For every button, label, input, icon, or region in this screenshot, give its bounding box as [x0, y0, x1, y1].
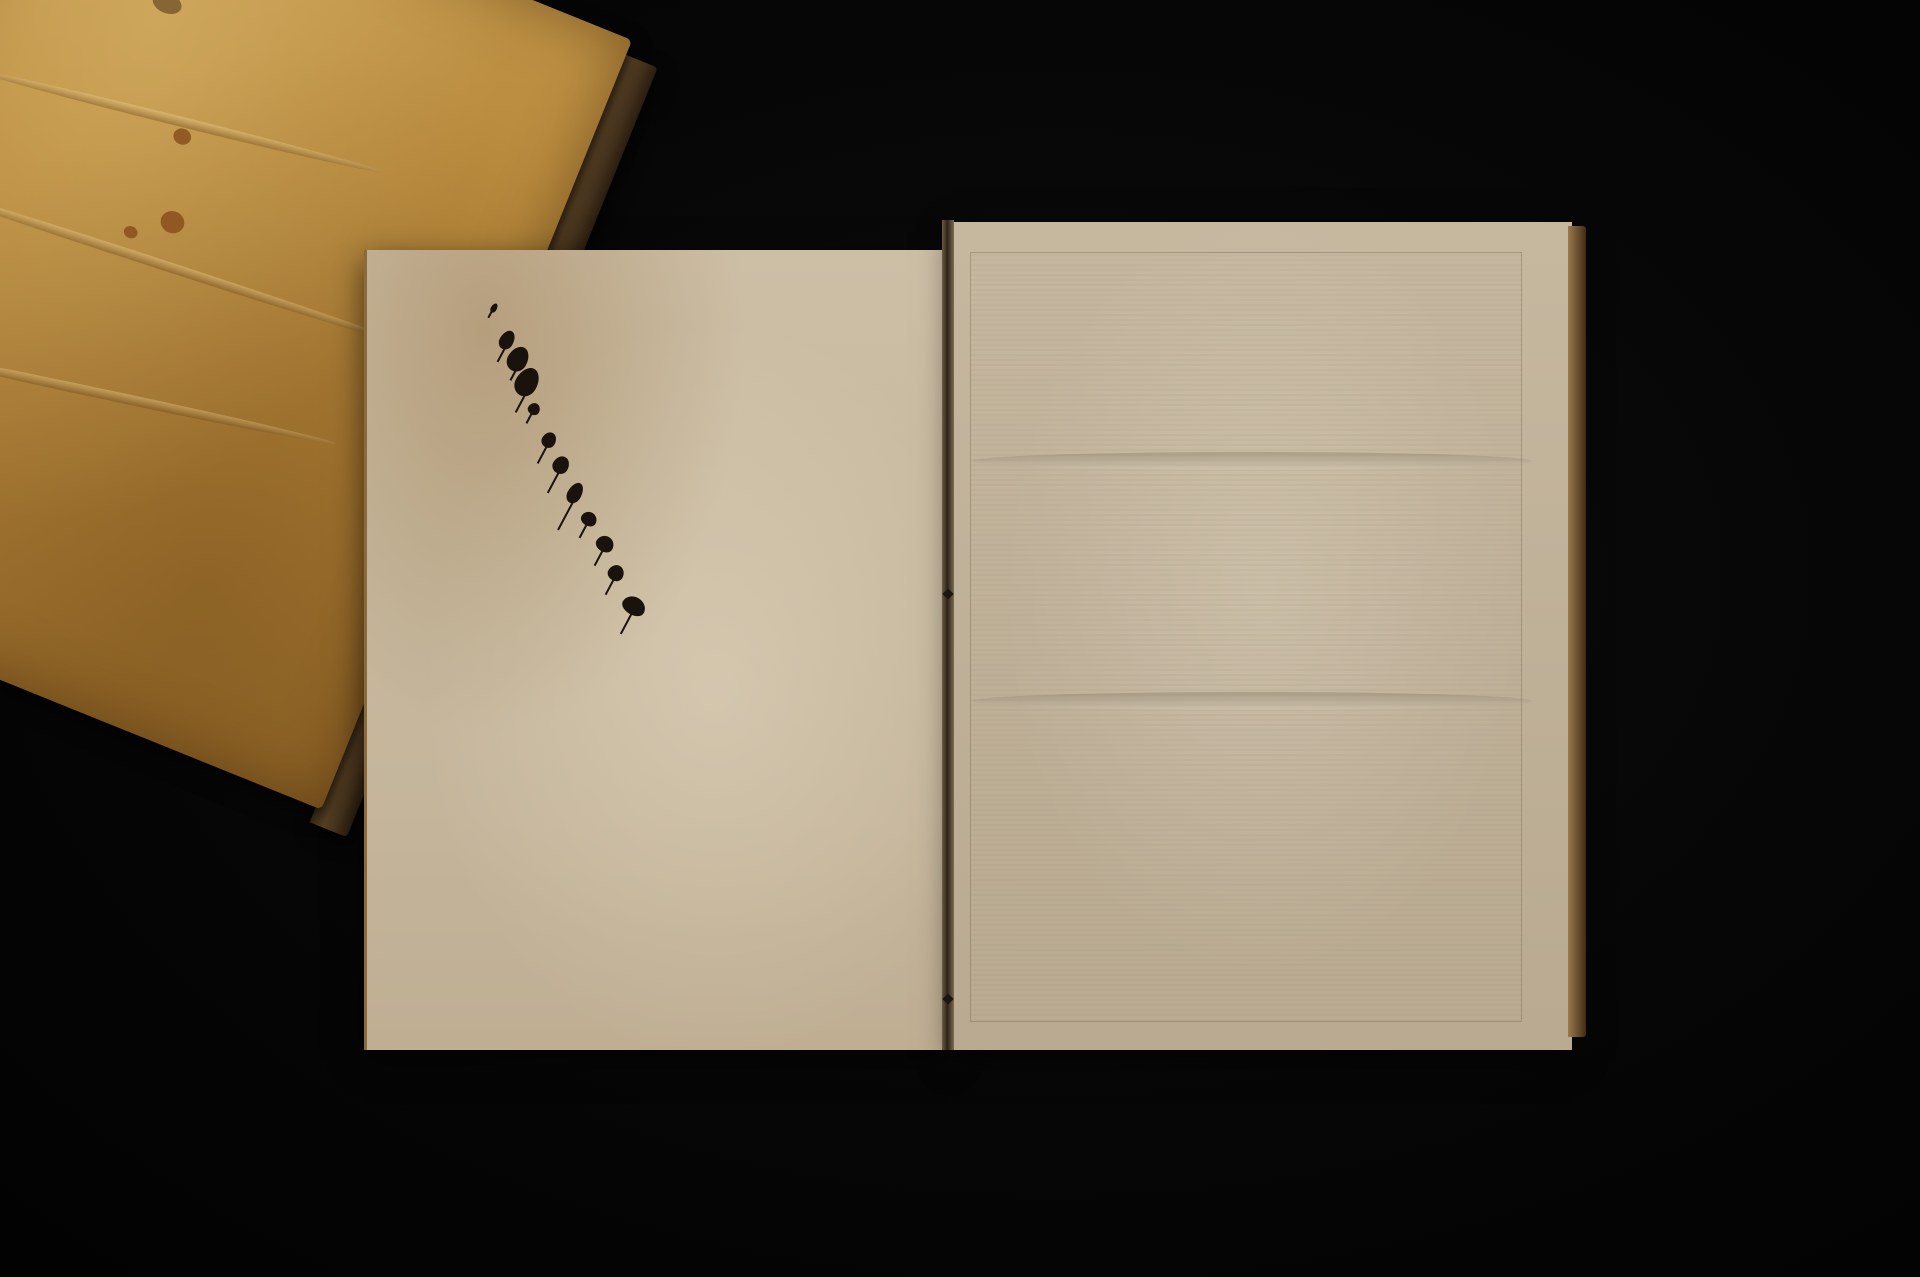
page-block-edge — [1568, 226, 1586, 1037]
cover-wrinkle — [0, 177, 403, 347]
plate-mark — [970, 252, 1522, 1022]
cover-stain — [149, 0, 184, 18]
cover-wrinkle — [0, 66, 384, 177]
cover-stain — [122, 224, 139, 240]
book-gutter — [942, 220, 954, 1050]
page-crease — [972, 692, 1532, 710]
cover-wrinkle — [0, 343, 337, 448]
open-book — [364, 220, 1584, 1050]
left-page — [364, 250, 947, 1050]
photo-background — [0, 0, 1920, 1277]
cover-stain — [157, 207, 187, 236]
page-crease — [972, 452, 1532, 470]
right-page — [952, 222, 1572, 1050]
